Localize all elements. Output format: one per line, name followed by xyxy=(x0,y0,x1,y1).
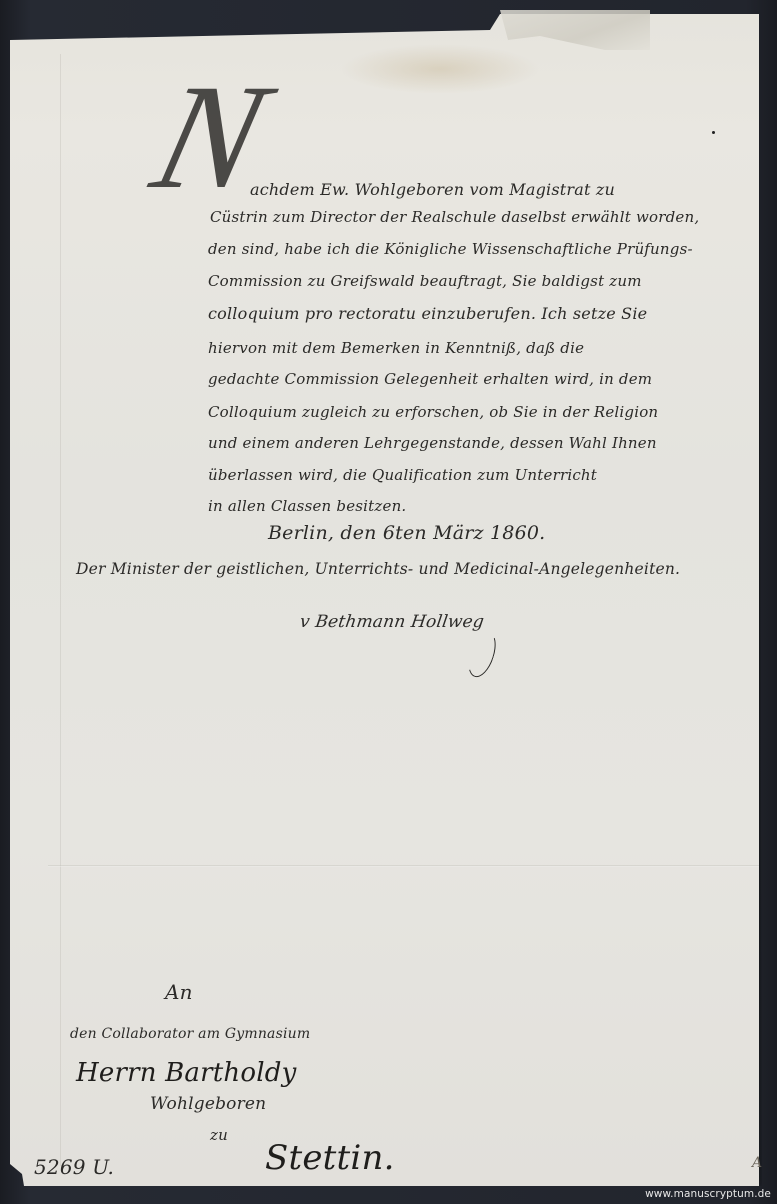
body-line-3: den sind, habe ich die Königliche Wissen… xyxy=(208,240,693,258)
body-line-5: colloquium pro rectoratu einzuberufen. I… xyxy=(208,304,647,323)
dateline: Berlin, den 6ten März 1860. xyxy=(268,522,545,544)
address-name: Herrn Bartholdy xyxy=(76,1058,296,1088)
reference-number: 5269 U. xyxy=(34,1155,114,1179)
signature: v Bethmann Hollweg xyxy=(299,612,486,632)
address-honorific: Wohlgeboren xyxy=(150,1094,266,1114)
corner-mark: A xyxy=(752,1155,762,1171)
body-line-1: achdem Ew. Wohlgeboren vom Magistrat zu xyxy=(250,180,615,199)
paper-stain xyxy=(340,44,540,94)
fold-crease-horizontal xyxy=(48,865,759,867)
body-line-2: Cüstrin zum Director der Realschule dase… xyxy=(210,208,699,226)
address-an: An xyxy=(165,980,193,1004)
body-line-11: in allen Classen besitzen. xyxy=(208,497,406,515)
address-city: Stettin. xyxy=(265,1138,395,1178)
minister-title: Der Minister der geistlichen, Unterricht… xyxy=(76,560,680,578)
body-line-7: gedachte Commission Gelegenheit erhalten… xyxy=(208,370,652,388)
ink-dot xyxy=(712,131,715,134)
body-line-4: Commission zu Greifswald beauftragt, Sie… xyxy=(208,272,642,290)
body-line-10: überlassen wird, die Qualification zum U… xyxy=(208,466,597,484)
body-line-8: Colloquium zugleich zu erforschen, ob Si… xyxy=(208,403,658,421)
body-line-9: und einem anderen Lehrgegenstande, desse… xyxy=(208,434,657,452)
fold-crease-vertical xyxy=(60,54,61,1166)
body-line-6: hiervon mit dem Bemerken in Kenntniß, da… xyxy=(208,339,584,357)
address-zu: zu xyxy=(210,1126,228,1144)
watermark: www.manuscryptum.de xyxy=(645,1188,771,1200)
address-title: den Collaborator am Gymnasium xyxy=(70,1026,310,1042)
